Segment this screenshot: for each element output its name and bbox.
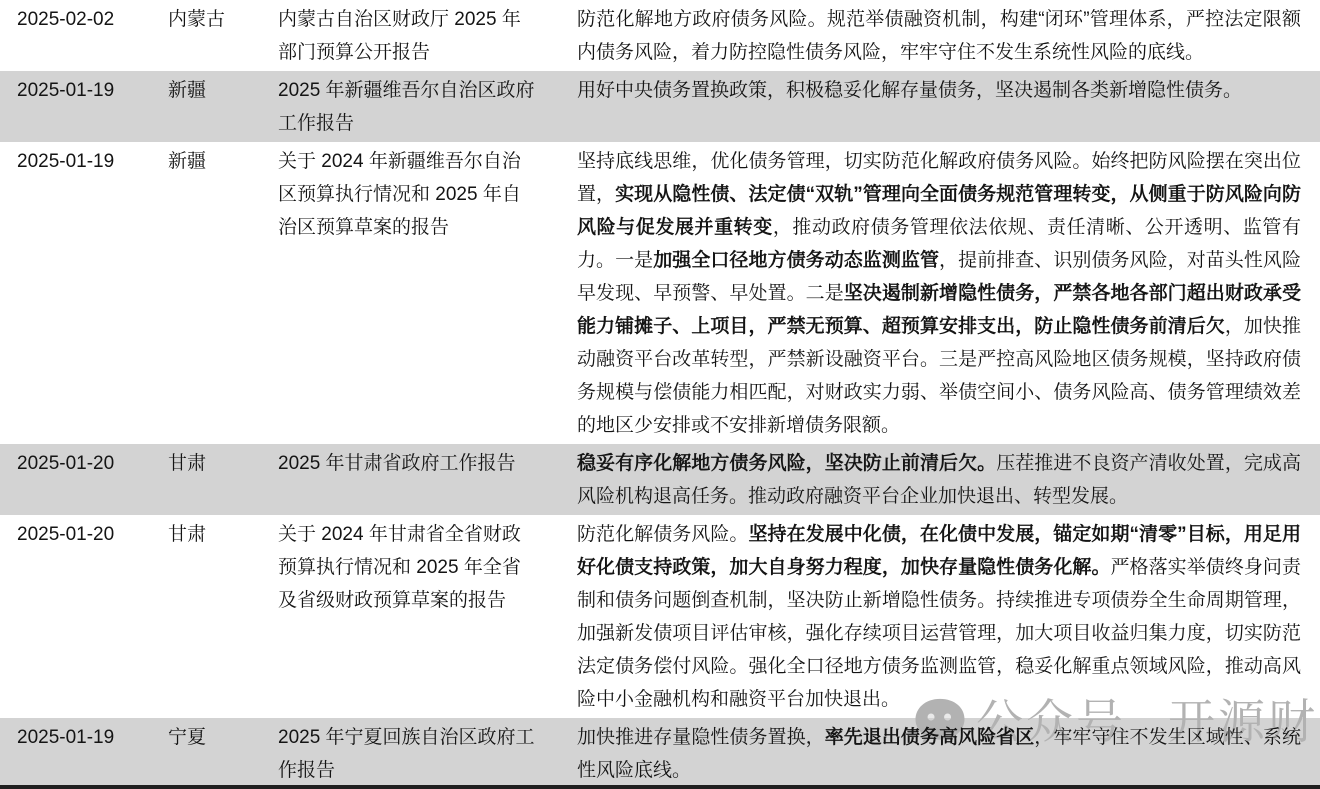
table-row: 2025-01-19 新疆 关于 2024 年新疆维吾尔自治区预算执行情况和 2… xyxy=(0,142,1320,444)
summary-cell: 稳妥有序化解地方债务风险，坚决防止前清后欠。压茬推进不良资产清收处置，完成高风险… xyxy=(577,447,1320,513)
date-cell: 2025-01-20 xyxy=(0,447,168,513)
date-cell: 2025-02-02 xyxy=(0,3,168,69)
report-title-cell: 内蒙古自治区财政厅 2025 年部门预算公开报告 xyxy=(278,3,577,69)
province-cell: 甘肃 xyxy=(168,518,278,716)
policy-table: 2025-02-02 内蒙古 内蒙古自治区财政厅 2025 年部门预算公开报告 … xyxy=(0,0,1320,789)
province-cell: 甘肃 xyxy=(168,447,278,513)
summary-cell: 加快推进存量隐性债务置换，率先退出债务高风险省区，牢牢守住不发生区域性、系统性风… xyxy=(577,721,1320,787)
report-title-cell: 关于 2024 年新疆维吾尔自治区预算执行情况和 2025 年自治区预算草案的报… xyxy=(278,145,577,442)
summary-segment: 加快推进存量隐性债务置换， xyxy=(577,727,825,748)
date-cell: 2025-01-19 xyxy=(0,74,168,140)
summary-segment: 严格落实举债终身问责制和债务问题倒查机制，坚决防止新增隐性债务。持续推进专项债券… xyxy=(577,557,1301,710)
summary-segment: 用好中央债务置换政策，积极稳妥化解存量债务，坚决遏制各类新增隐性债务。 xyxy=(577,80,1242,101)
summary-cell: 防范化解债务风险。坚持在发展中化债，在化债中发展，锚定如期“清零”目标，用足用好… xyxy=(577,518,1320,716)
report-title-cell: 2025 年新疆维吾尔自治区政府工作报告 xyxy=(278,74,577,140)
report-title-cell: 2025 年甘肃省政府工作报告 xyxy=(278,447,577,513)
summary-cell: 用好中央债务置换政策，积极稳妥化解存量债务，坚决遏制各类新增隐性债务。 xyxy=(577,74,1320,140)
summary-segment-bold: 稳妥有序化解地方债务风险，坚决防止前清后欠。 xyxy=(577,453,996,474)
table-bottom-border xyxy=(0,785,1320,789)
report-title-cell: 2025 年宁夏回族自治区政府工作报告 xyxy=(278,721,577,787)
summary-cell: 防范化解地方政府债务风险。规范举债融资机制，构建“闭环”管理体系，严控法定限额内… xyxy=(577,3,1320,69)
table-row: 2025-01-20 甘肃 2025 年甘肃省政府工作报告 稳妥有序化解地方债务… xyxy=(0,444,1320,515)
date-cell: 2025-01-19 xyxy=(0,721,168,787)
report-title-cell: 关于 2024 年甘肃省全省财政预算执行情况和 2025 年全省及省级财政预算草… xyxy=(278,518,577,716)
summary-segment-bold: 率先退出债务高风险省区 xyxy=(825,727,1035,748)
table-row: 2025-01-19 宁夏 2025 年宁夏回族自治区政府工作报告 加快推进存量… xyxy=(0,718,1320,789)
summary-segment-bold: 加强全口径地方债务动态监测监管 xyxy=(653,250,939,271)
summary-segment: 防范化解地方政府债务风险。规范举债融资机制，构建“闭环”管理体系，严控法定限额内… xyxy=(577,9,1301,63)
summary-segment: 防范化解债务风险。 xyxy=(577,524,748,545)
province-cell: 新疆 xyxy=(168,145,278,442)
date-cell: 2025-01-19 xyxy=(0,145,168,442)
date-cell: 2025-01-20 xyxy=(0,518,168,716)
table-row: 2025-02-02 内蒙古 内蒙古自治区财政厅 2025 年部门预算公开报告 … xyxy=(0,0,1320,71)
table-row: 2025-01-19 新疆 2025 年新疆维吾尔自治区政府工作报告 用好中央债… xyxy=(0,71,1320,142)
table-row: 2025-01-20 甘肃 关于 2024 年甘肃省全省财政预算执行情况和 20… xyxy=(0,515,1320,718)
province-cell: 内蒙古 xyxy=(168,3,278,69)
province-cell: 宁夏 xyxy=(168,721,278,787)
province-cell: 新疆 xyxy=(168,74,278,140)
summary-cell: 坚持底线思维，优化债务管理，切实防范化解政府债务风险。始终把防风险摆在突出位置，… xyxy=(577,145,1320,442)
